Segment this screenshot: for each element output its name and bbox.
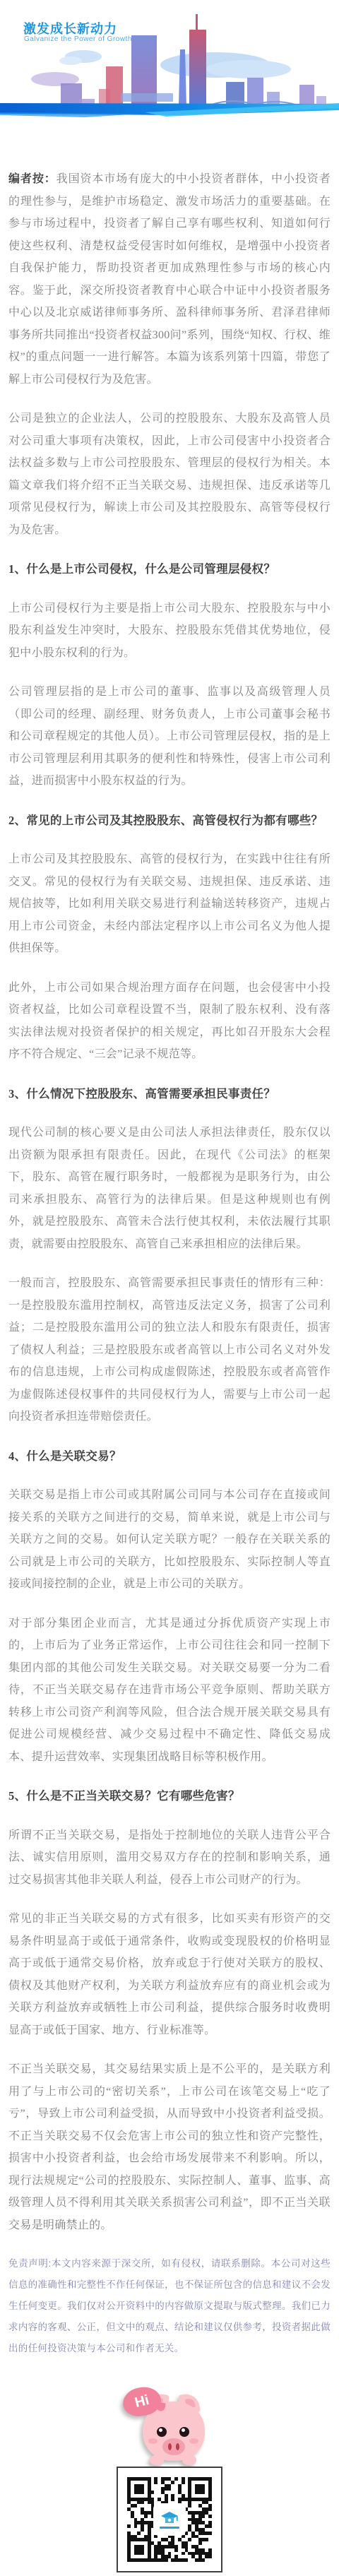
answer-paragraph: 关联交易是指上市公司或其附属公司同与本公司存在直接或间接关系的关联方之间进行的交… [8,1484,331,1596]
banner: 激发成长新动力 Galvanize the Power of Growth [0,0,339,141]
pig-hoof-icon [150,2455,164,2465]
lead-paragraph: 公司是独立的企业法人，公司的控股股东、大股东及高管人员对公司重大事项有决策权，因… [8,408,331,541]
question-2: 2、常见的上市公司及其控股股东、高管侵权行为都有哪些？ [8,809,331,832]
banner-subtitle: Galvanize the Power of Growth [24,35,132,43]
pig-eye-icon [179,2427,189,2437]
question-5: 5、什么是不正当关联交易？它有哪些危害？ [8,1785,331,1808]
speech-bubble-text: Hi [133,2392,151,2411]
pig-eye-icon [157,2427,167,2437]
editor-note-label: 编者按： [8,173,56,185]
pig-blush-icon [189,2438,198,2444]
pig-hoof-icon [182,2455,196,2465]
answer-paragraph: 不正当关联交易，其交易结果实质上是不公平的，是关联方利用了与上市公司的“密切关系… [8,2058,331,2236]
answer-paragraph: 公司管理层指的是上市公司的董事、监事以及高级管理人员（即公司的经理、副经理、财务… [8,681,331,793]
article-body: 编者按：我国资本市场有庞大的中小投资者群体，中小投资者的理性参与，是维护市场稳定… [0,141,339,2359]
question-3: 3、什么情况下控股股东、高管需要承担民事责任？ [8,1083,331,1105]
pig-snout-icon [162,2438,185,2455]
graduation-cap-icon [160,2511,179,2525]
question-1: 1、什么是上市公司侵权，什么是公司管理层侵权？ [8,558,331,581]
pig-blush-icon [148,2438,157,2444]
answer-paragraph: 对于部分集团企业而言，尤其是通过分拆优质资产实现上市的，上市后为了业务正常运作，… [8,1613,331,1769]
answer-paragraph: 现代公司制的核心要义是由公司法人承担法律责任，股东仅以出资额为限承担有限责任。因… [8,1122,331,1255]
pig-mascot-sticker: Hi [113,2387,226,2465]
answer-paragraph: 所谓不正当关联交易，是指处于控制地位的关联人违背公平合法、诚实信用原则，滥用交易… [8,1824,331,1892]
article-page: 激发成长新动力 Galvanize the Power of Growth 编者… [0,0,339,2576]
disclaimer-text: 免责声明:本文内容来源于深交所，如有侵权，请联系删除。本公司对这些信息的准确性和… [8,2253,331,2359]
qr-center-logo [155,2505,184,2534]
qr-code[interactable] [117,2467,222,2572]
qr-logo-caption-bar [160,2527,179,2529]
answer-paragraph: 上市公司侵权行为主要是指上市公司大股东、控股股东与中小股东利益发生冲突时，大股东… [8,598,331,665]
answer-paragraph: 此外，上市公司如果合规治理方面存在问题，也会侵害中小投资者权益，比如公司章程设置… [8,977,331,1066]
answer-paragraph: 上市公司及其控股股东、高管的侵权行为，在实践中往往有所交叉。常见的侵权行为有关联… [8,848,331,960]
question-4: 4、什么是关联交易？ [8,1445,331,1468]
editor-note-text: 我国资本市场有庞大的中小投资者群体，中小投资者的理性参与，是维护市场稳定、激发市… [8,173,331,386]
answer-paragraph: 常见的非正当关联交易的方式有很多，比如买卖有形资产的交易条件明显高于或低于通常条… [8,1908,331,2041]
answer-paragraph: 一般而言，控股股东、高管需要承担民事责任的情形有三种：一是控股股东滥用控制权，高… [8,1272,331,1428]
editor-note: 编者按：我国资本市场有庞大的中小投资者群体，中小投资者的理性参与，是维护市场稳定… [8,168,331,391]
